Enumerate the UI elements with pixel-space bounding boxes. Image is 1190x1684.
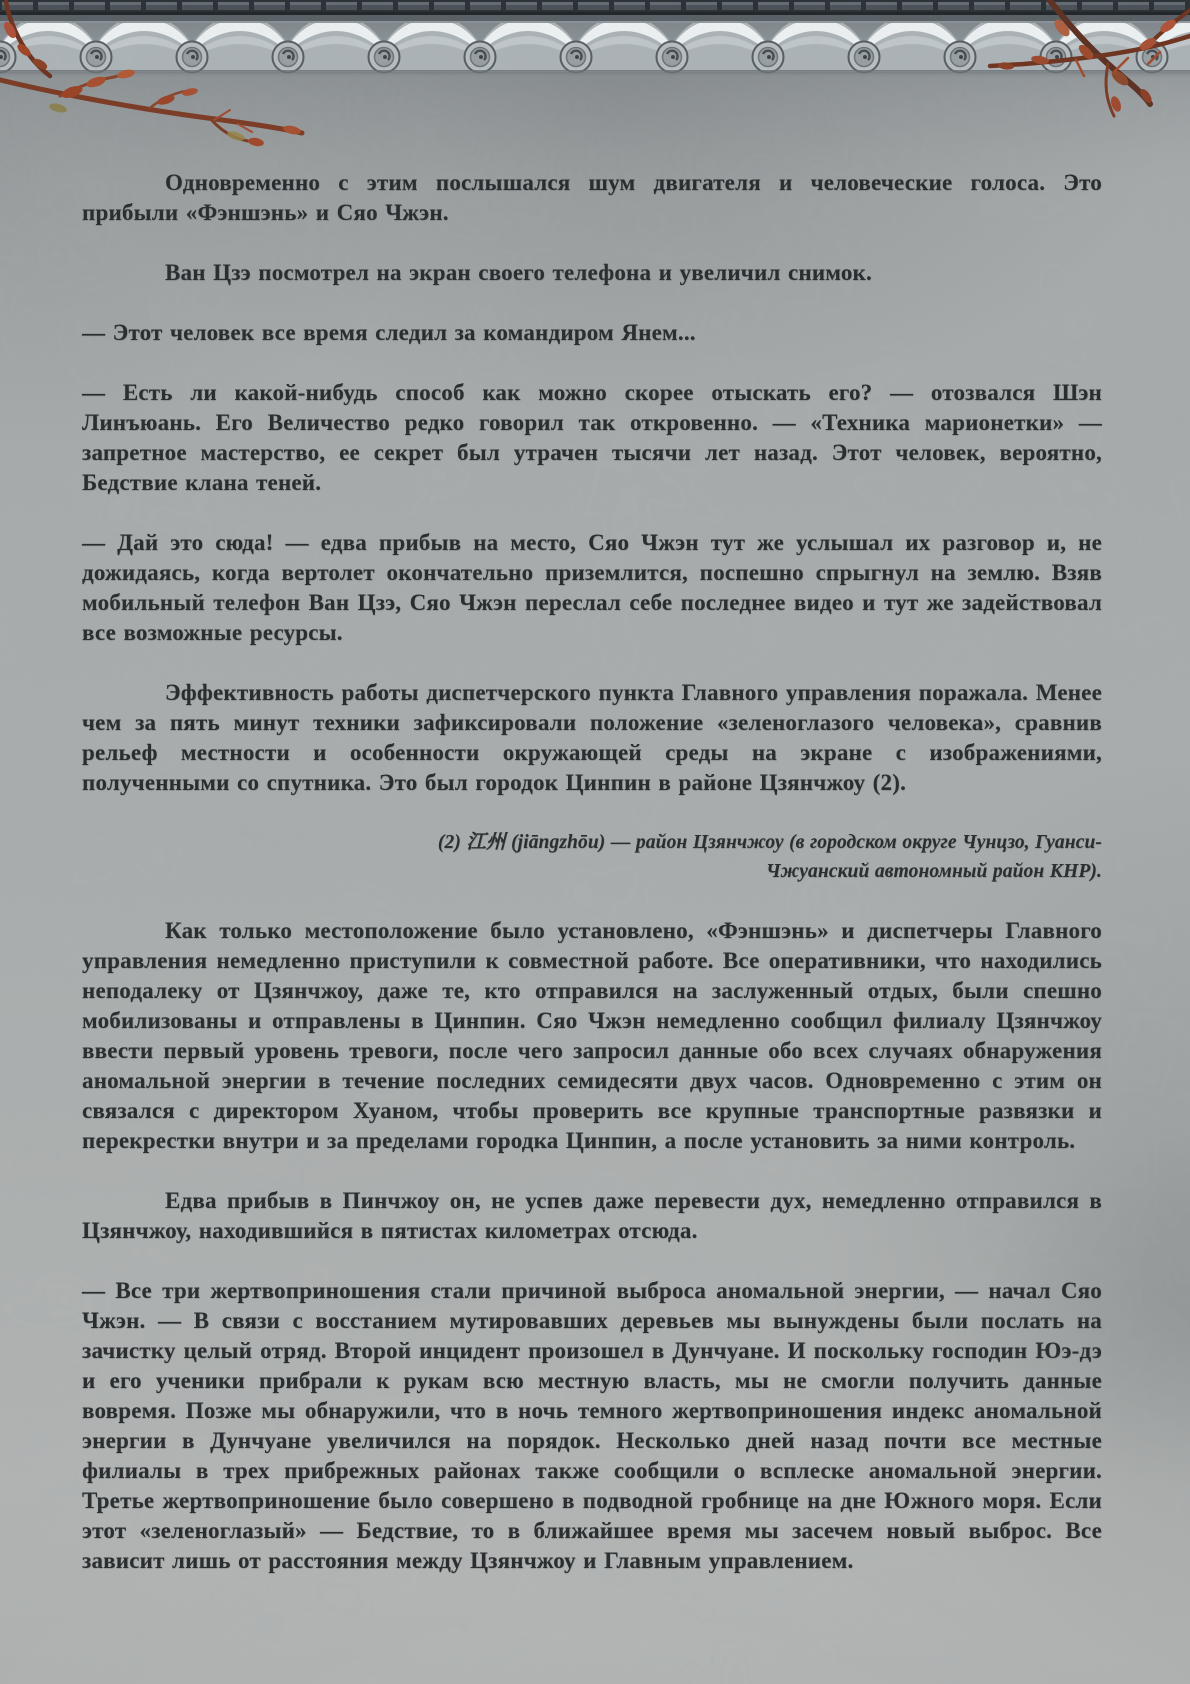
paragraph: Эффективность работы диспетчерского пунк… xyxy=(82,678,1102,798)
paragraph: — Этот человек все время следил за коман… xyxy=(82,318,1102,348)
paragraph: — Есть ли какой-нибудь способ как можно … xyxy=(82,378,1102,498)
paragraph: — Все три жертвоприношения стали причино… xyxy=(82,1276,1102,1576)
paragraph: Едва прибыв в Пинчжоу он, не успев даже … xyxy=(82,1186,1102,1246)
paragraph: — Дай это сюда! — едва прибыв на место, … xyxy=(82,528,1102,648)
paragraph: Одновременно с этим послышался шум двига… xyxy=(82,168,1102,228)
book-page: Одновременно с этим послышался шум двига… xyxy=(0,0,1190,1684)
paragraph: Как только местоположение было установле… xyxy=(82,916,1102,1156)
page-text: Одновременно с этим послышался шум двига… xyxy=(82,168,1102,1576)
roof-tiles-border-image xyxy=(0,0,1190,80)
footnote: (2) 江州 (jiāngzhōu) — район Цзянчжоу (в г… xyxy=(82,828,1102,886)
paragraph: Ван Цзэ посмотрел на экран своего телефо… xyxy=(82,258,1102,288)
